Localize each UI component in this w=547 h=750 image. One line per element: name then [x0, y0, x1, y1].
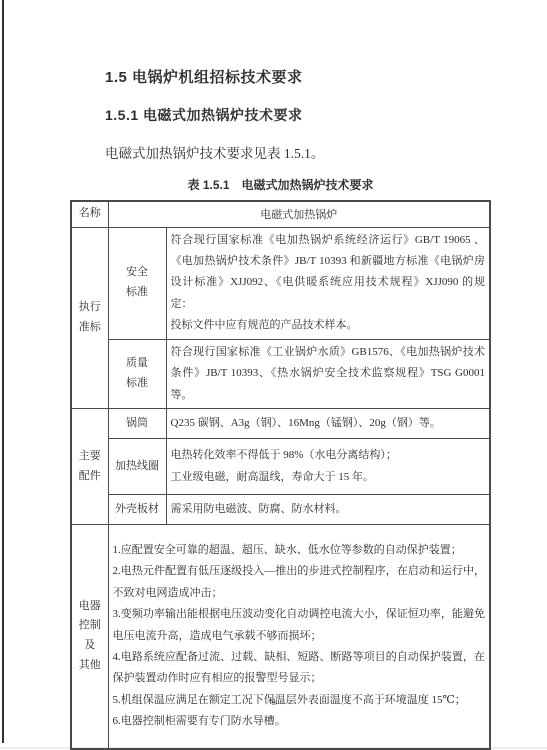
safety-standard-content-cell: 符合现行国家标准《电加热锅炉系统经济运行》GB/T 19065 、《电加热锅炉技…	[166, 227, 490, 339]
table-row: 电器 控制 及 其他 1.应配置安全可靠的超温、超压、缺水、低水位等参数的自动保…	[71, 525, 490, 749]
table-row: 加热线圈 电热转化效率不得低于 98%（水电分离结构）； 工业级电磁，耐高温线，…	[71, 439, 490, 495]
table-row: 主要 配件 锅筒 Q235 碳钢、A3g（钢）、16Mng（锰钢）、20g（钢）…	[71, 409, 490, 439]
main-parts-label-cell: 主要 配件	[71, 409, 108, 525]
heating-coil-label-cell: 加热线圈	[108, 439, 166, 495]
quality-standard-content-cell: 符合现行国家标准《工业锅炉水质》GB1576、《电加热锅炉技术条件》JB/T 1…	[166, 339, 490, 408]
shell-material-label-cell: 外壳板材	[108, 495, 166, 525]
table-caption: 表 1.5.1 电磁式加热锅炉技术要求	[70, 176, 491, 193]
shell-material-content-cell: 需采用防电磁波、防腐、防水材料。	[166, 495, 490, 525]
table-row: 执行 准标 安全 标准 符合现行国家标准《电加热锅炉系统经济运行》GB/T 19…	[71, 227, 490, 339]
quality-standard-label-cell: 质量 标准	[108, 339, 166, 408]
safety-standard-label-cell: 安全 标准	[108, 227, 166, 339]
document-page: 1.5 电锅炉机组招标技术要求 1.5.1 电磁式加热锅炉技术要求 电磁式加热锅…	[0, 0, 547, 750]
drum-content-cell: Q235 碳钢、A3g（钢）、16Mng（锰钢）、20g（钢）等。	[166, 409, 490, 439]
subsection-heading: 1.5.1 电磁式加热锅炉技术要求	[105, 105, 491, 125]
electric-control-label-cell: 电器 控制 及 其他	[71, 525, 108, 749]
spec-table: 名称 电磁式加热锅炉 执行 准标 安全 标准 符合现行国家标准《电加热锅炉系统经…	[70, 200, 491, 750]
intro-paragraph: 电磁式加热锅炉技术要求见表 1.5.1。	[105, 142, 491, 162]
scan-left-edge-line	[2, 0, 4, 743]
table-row: 外壳板材 需采用防电磁波、防腐、防水材料。	[71, 495, 490, 525]
page-number: 8	[0, 697, 547, 707]
electric-control-content-cell: 1.应配置安全可靠的超温、超压、缺水、低水位等参数的自动保护装置； 2.电热元件…	[108, 525, 490, 749]
section-heading: 1.5 电锅炉机组招标技术要求	[105, 66, 491, 87]
name-value-cell: 电磁式加热锅炉	[108, 201, 490, 227]
drum-label-cell: 锅筒	[108, 409, 166, 439]
table-row: 质量 标准 符合现行国家标准《工业锅炉水质》GB1576、《电加热锅炉技术条件》…	[71, 339, 490, 408]
page-content: 1.5 电锅炉机组招标技术要求 1.5.1 电磁式加热锅炉技术要求 电磁式加热锅…	[70, 66, 491, 750]
table-row: 名称 电磁式加热锅炉	[71, 201, 490, 227]
heating-coil-content-cell: 电热转化效率不得低于 98%（水电分离结构）； 工业级电磁，耐高温线，寿命大于 …	[166, 439, 490, 495]
name-label-cell: 名称	[71, 201, 108, 227]
exec-standard-label-cell: 执行 准标	[71, 227, 108, 409]
